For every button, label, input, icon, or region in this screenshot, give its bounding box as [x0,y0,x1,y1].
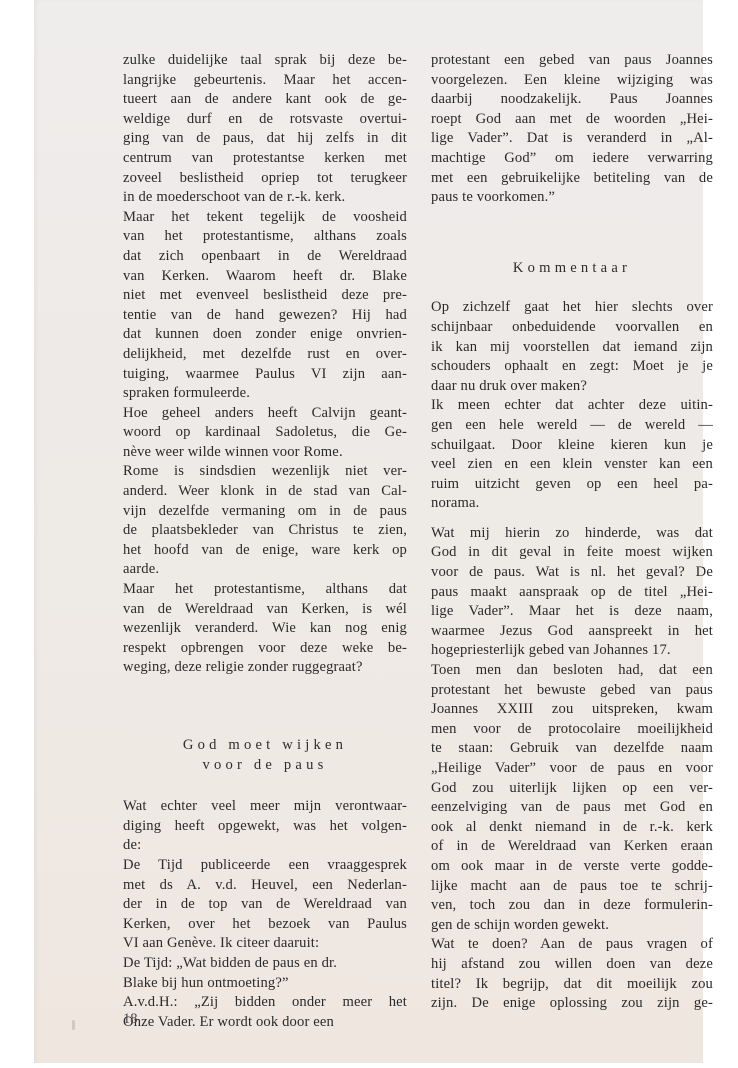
section-heading-line-2: voor de paus [123,756,407,776]
left-column: zulke duidelijke taal sprak bij deze be-… [123,51,407,1032]
section-heading-kommentaar: Kommentaar [431,259,713,279]
text-line: weging, deze religie zonder ruggegraat? [123,658,407,678]
text-line: centrum van protestantse kerken met [123,149,407,169]
text-line: zulke duidelijke taal sprak bij deze be- [123,51,407,71]
text-line: dat zich openbaart in de Wereldraad [123,247,407,267]
text-line: paus maakt aanspraak op de titel „Hei- [431,583,713,603]
text-line: ook al denkt niemand in de r.-k. kerk [431,818,713,838]
text-line: om ook maar in de verste verte godde- [431,857,713,877]
text-line: tuiging, waarmee Paulus VI zijn aan- [123,365,407,385]
book-page: zulke duidelijke taal sprak bij deze be-… [34,0,703,1063]
left-paragraphs-1: zulke duidelijke taal sprak bij deze be-… [123,51,407,678]
text-line: of in de Wereldraad van Kerken eraan [431,837,713,857]
text-line: niet met evenveel beslistheid deze pre- [123,286,407,306]
text-line: met ds A. v.d. Heuvel, een Nederlan- [123,876,407,896]
text-line: woord op kardinaal Sadoletus, die Ge- [123,423,407,443]
text-line: „Heilige Vader” voor de paus en voor [431,759,713,779]
text-line: God zou uiterlijk lijken op een ver- [431,779,713,799]
text-line: Joannes XXIII zou uitspreken, kwam [431,700,713,720]
right-column: protestant een gebed van paus Joannesvoo… [431,51,713,1014]
text-line: delijkheid, met dezelfde rust en over- [123,345,407,365]
text-line: Hoe geheel anders heeft Calvijn geant- [123,404,407,424]
text-line: Maar het tekent tegelijk de voosheid [123,208,407,228]
text-line: men voor de protocolaire moeilijkheid [431,720,713,740]
page-smudge [72,1020,75,1030]
text-line: paus te voorkomen.” [431,188,713,208]
text-line: vijn dezelfde vermaning om in de paus [123,502,407,522]
text-line: anderd. Weer klonk in de stad van Cal- [123,482,407,502]
text-line: lige Vader”. Maar het is deze naam, [431,602,713,622]
text-line: gen een hele wereld — de wereld — [431,416,713,436]
text-line: Wat echter veel meer mijn verontwaar- [123,797,407,817]
text-line: in de moederschoot van de r.-k. kerk. [123,188,407,208]
text-line: God in dit geval in feite moest wijken [431,543,713,563]
text-line: van het protestantisme, althans zoals [123,227,407,247]
text-line: roept God aan met de woorden „Hei- [431,110,713,130]
text-line: ven, toch zou dan in deze formulerin- [431,896,713,916]
text-line: Blake bij hun ontmoeting?” [123,974,407,994]
text-line: De Tijd: „Wat bidden de paus en dr. [123,954,407,974]
text-line: schijnbaar onbeduidende voorvallen en [431,318,713,338]
text-line: titel? Ik begrijp, dat dit moeilijk zou [431,975,713,995]
text-line: lige Vader”. Dat is veranderd in „Al- [431,129,713,149]
text-line: Op zichzelf gaat het hier slechts over [431,298,713,318]
left-paragraphs-2: Wat echter veel meer mijn verontwaar-dig… [123,797,407,1032]
text-line: schouders ophaalt en zegt: Moet je je [431,357,713,377]
text-line: der in de top van de Wereldraad van [123,895,407,915]
section-heading-line-1: God moet wijken [123,736,407,756]
text-line: daarbij noodzakelijk. Paus Joannes [431,90,713,110]
text-line: Onze Vader. Er wordt ook door een [123,1013,407,1033]
text-line: De Tijd publiceerde een vraaggesprek [123,856,407,876]
text-line: van de Wereldraad van Kerken, is wél [123,600,407,620]
text-line: te staan: Gebruik van dezelfde naam [431,739,713,759]
text-line: tueert aan de andere kant ook de ge- [123,90,407,110]
text-line: het hoofd van de enige, ware kerk op [123,541,407,561]
text-line: hogepriesterlijk gebed van Johannes 17. [431,641,713,661]
text-line: Rome is sindsdien wezenlijk niet ver- [123,462,407,482]
text-line: spraken formuleerde. [123,384,407,404]
text-line: veel zien en een klein venster kan een [431,455,713,475]
text-line: machtige God” om iedere verwarring [431,149,713,169]
page-number: 18 [123,1011,138,1028]
text-line: hij afstand zou willen doen van deze [431,955,713,975]
text-line: van Kerken. Waarom heeft dr. Blake [123,267,407,287]
text-line: diging heeft opgewekt, was het volgen- [123,817,407,837]
text-line: zijn. De enige oplossing zou zijn ge- [431,994,713,1014]
text-line: VI aan Genève. Ik citeer daaruit: [123,934,407,954]
text-line: weldige durf en de rotsvaste overtui- [123,110,407,130]
text-line: zoveel beslistheid opriep tot terugkeer [123,169,407,189]
text-line: ruim uitzicht geven op een heel pa- [431,475,713,495]
text-line: norama. [431,494,713,514]
text-line: de plaatsbekleder van Christus te zien, [123,521,407,541]
text-line: tentie van de hand gewezen? Hij had [123,306,407,326]
text-line: voor de paus. Wat is nl. het geval? De [431,563,713,583]
text-line: protestant een gebed van paus Joannes [431,51,713,71]
text-line: ik kan mij voorstellen dat iemand zijn [431,338,713,358]
text-line: aarde. [123,560,407,580]
text-line: eenzelviging van de paus met God en [431,798,713,818]
text-line: ging van de paus, dat hij zelfs in dit [123,129,407,149]
text-line: Maar het protestantisme, althans dat [123,580,407,600]
text-line: A.v.d.H.: „Zij bidden onder meer het [123,993,407,1013]
text-line: voorgelezen. Een kleine wijziging was [431,71,713,91]
text-line: Wat te doen? Aan de paus vragen of [431,935,713,955]
text-line: dat kunnen doen zonder enige onvrien- [123,325,407,345]
text-line: met een gebruikelijke betiteling van de [431,169,713,189]
text-line: protestant het bewuste gebed van paus [431,681,713,701]
right-paragraphs-2: Op zichzelf gaat het hier slechts oversc… [431,298,713,514]
text-line: Ik meen echter dat achter deze uitin- [431,396,713,416]
right-paragraphs-1: protestant een gebed van paus Joannesvoo… [431,51,713,208]
text-line: de: [123,836,407,856]
text-line: respekt opbrengen voor deze weke be- [123,639,407,659]
text-line: gen de schijn worden gewekt. [431,916,713,936]
text-line: daar nu druk over maken? [431,377,713,397]
text-line: lijke macht aan de paus toe te schrij- [431,877,713,897]
right-paragraphs-3: Wat mij hierin zo hinderde, was datGod i… [431,524,713,1014]
text-line: Wat mij hierin zo hinderde, was dat [431,524,713,544]
text-line: schuilgaat. Door kleine kieren kun je [431,436,713,456]
text-line: wezenlijk veranderd. Wie kan nog enig [123,619,407,639]
text-line: waarmee Jezus God aanspreekt in het [431,622,713,642]
text-line: nève weer wilde winnen voor Rome. [123,443,407,463]
text-line: Toen men dan besloten had, dat een [431,661,713,681]
text-line: Kerken, over het bezoek van Paulus [123,915,407,935]
text-line: langrijke gebeurtenis. Maar het accen- [123,71,407,91]
